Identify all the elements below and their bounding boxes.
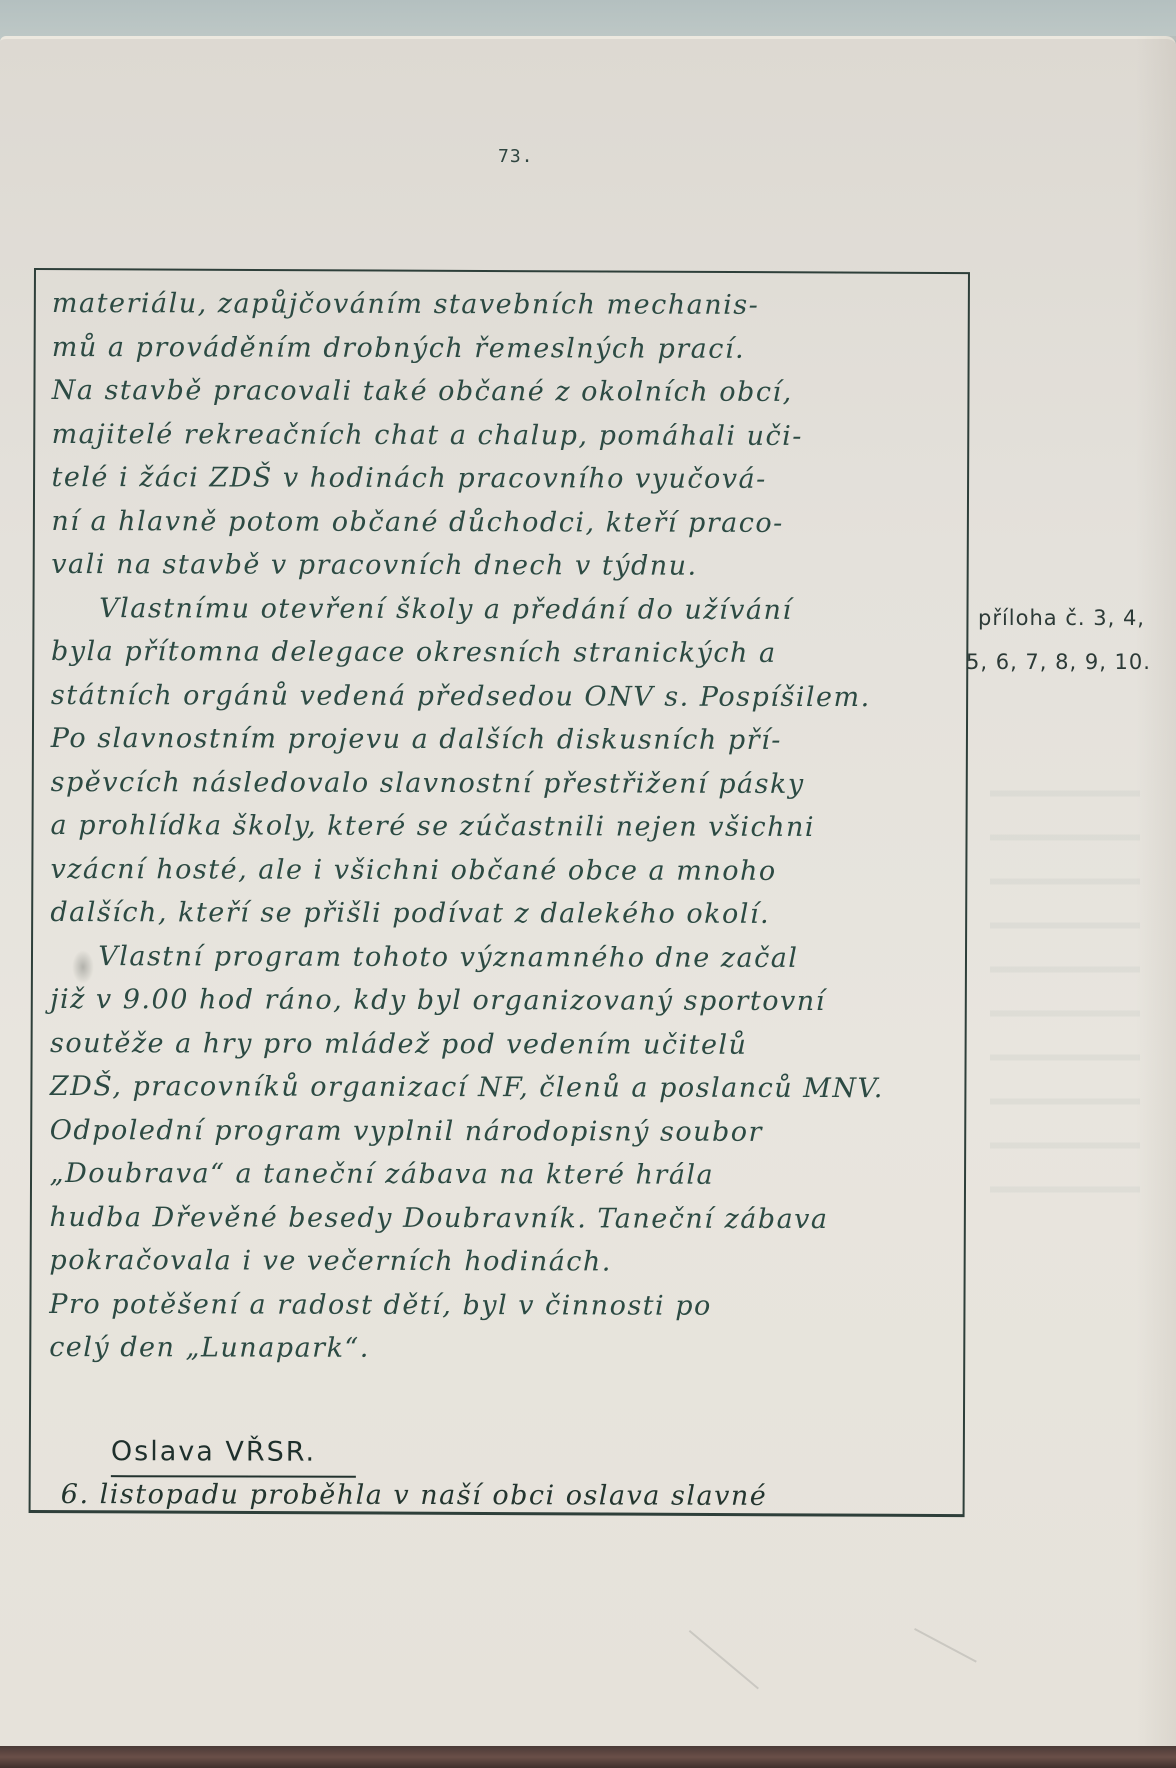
text-line: Pro potěšení a radost dětí, byl v činnos…	[49, 1282, 959, 1328]
text-line: dalších, kteří se přišli podívat z dalek…	[50, 891, 960, 937]
background-surface	[0, 0, 1176, 40]
margin-note-line: 5, 6, 7, 8, 9, 10.	[966, 640, 1151, 684]
bleed-through-text	[990, 760, 1140, 1200]
ink-smudge	[72, 950, 94, 984]
text-line: hudba Dřevěné besedy Doubravník. Taneční…	[49, 1195, 959, 1241]
margin-note-line: příloha č. 3, 4,	[978, 596, 1151, 640]
margin-attachment-note: příloha č. 3, 4, 5, 6, 7, 8, 9, 10.	[978, 596, 1151, 684]
text-line: materiálu, zapůjčováním stavebních mecha…	[52, 282, 962, 328]
text-line: „Doubrava“ a taneční zábava na které hrá…	[50, 1152, 960, 1198]
text-line: soutěže a hry pro mládež pod vedením uči…	[50, 1021, 960, 1067]
text-line: státních orgánů vedená předsedou ONV s. …	[51, 673, 961, 719]
text-line: mů a prováděním drobných řemeslných prac…	[52, 325, 962, 371]
section-first-line: 6. listopadu proběhla v naší obci oslava…	[49, 1473, 959, 1519]
text-line: ZDŠ, pracovníků organizací NF, členů a p…	[50, 1065, 960, 1111]
text-line: byla přítomna delegace okresních stranic…	[51, 630, 961, 676]
text-line: již v 9.00 hod ráno, kdy byl organizovan…	[50, 978, 960, 1024]
text-line: Na stavbě pracovali také občané z okolní…	[52, 369, 962, 415]
text-line: pokračovala i ve večerních hodinách.	[49, 1239, 959, 1285]
text-line: spěvcích následovalo slavnostní přestřiž…	[51, 760, 961, 806]
text-line: vali na stavbě v pracovních dnech v týdn…	[51, 543, 961, 589]
paragraph-start-line: Vlastní program tohoto významného dne za…	[50, 934, 960, 980]
text-line: ní a hlavně potom občané důchodci, kteří…	[51, 499, 961, 545]
text-line: telé i žáci ZDŠ v hodinách pracovního vy…	[51, 456, 961, 502]
text-line: Odpolední program vyplnil národopisný so…	[50, 1108, 960, 1154]
text-line: a prohlídka školy, které se zúčastnili n…	[51, 804, 961, 850]
text-line: majitelé rekreačních chat a chalup, pomá…	[52, 412, 962, 458]
page-number: 73.	[498, 146, 534, 167]
text-line: vzácní hosté, ale i všichni občané obce …	[50, 847, 960, 893]
text-line: celý den „Lunapark“.	[49, 1326, 959, 1372]
handwritten-body: materiálu, zapůjčováním stavebních mecha…	[49, 282, 962, 1519]
section-heading: Oslava VŘSR.	[111, 1430, 356, 1478]
page-shadow	[1136, 36, 1176, 1746]
paragraph-start-line: Vlastnímu otevření školy a předání do už…	[51, 586, 961, 632]
text-line: Po slavnostním projevu a dalších diskusn…	[51, 717, 961, 763]
blank-line	[49, 1369, 959, 1431]
desk-surface	[0, 1746, 1176, 1768]
section-heading-row: Oslava VŘSR.	[49, 1429, 959, 1475]
